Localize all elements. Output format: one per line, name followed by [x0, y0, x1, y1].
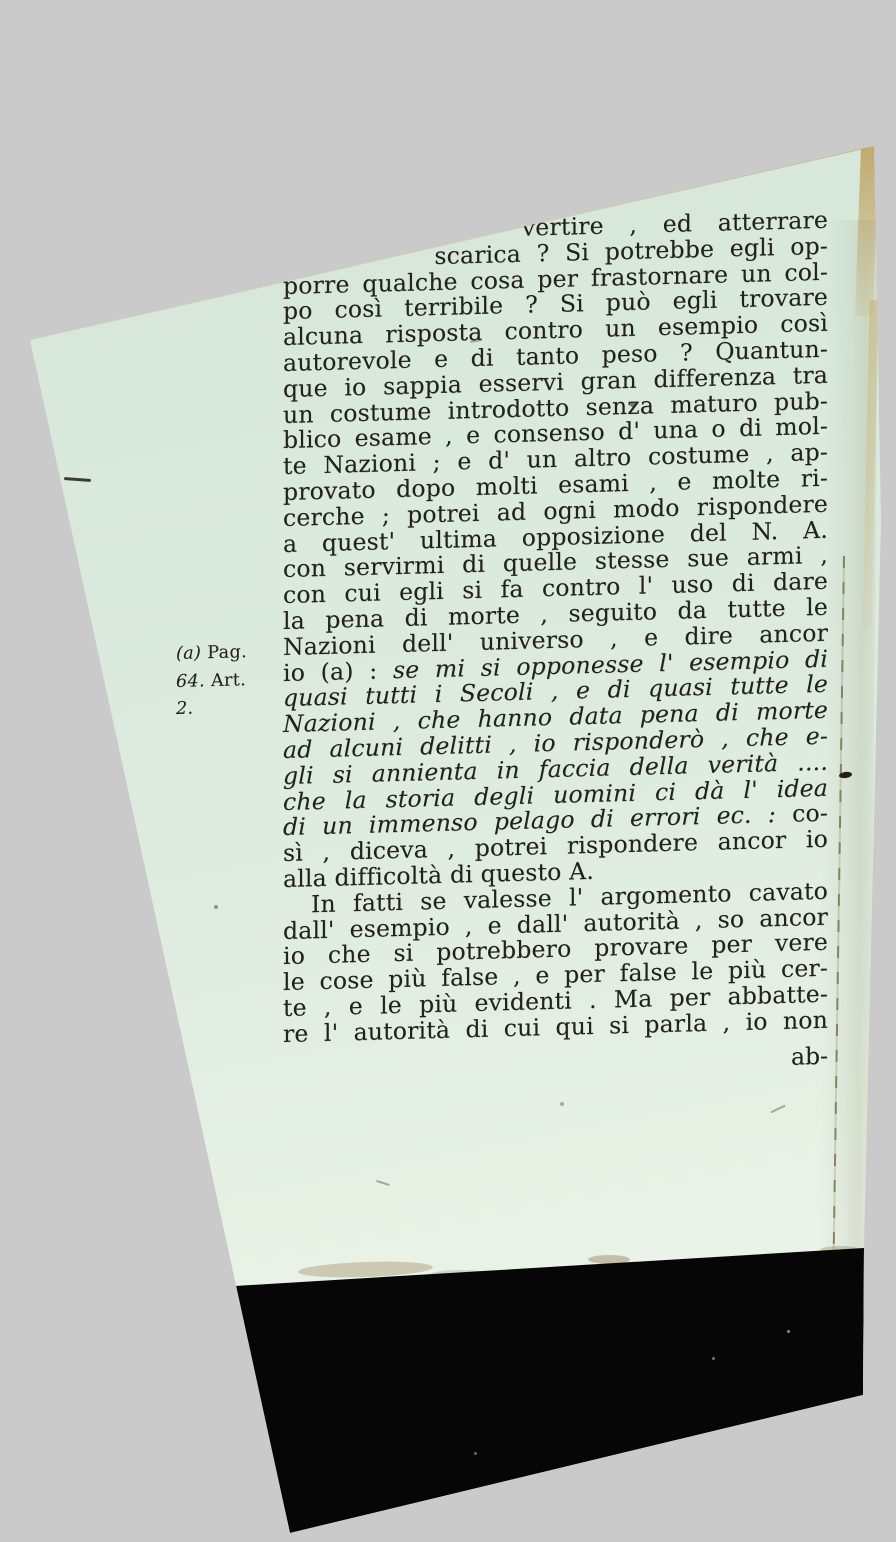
fiber-speck	[770, 1105, 785, 1114]
fiber-speck	[376, 1180, 390, 1186]
dirt-dot	[560, 1102, 564, 1106]
margin-note-line: (a) Pag.	[176, 638, 286, 668]
ink-dash-mark	[64, 477, 91, 482]
margin-note-line: 2.	[176, 693, 286, 723]
dust-dot	[787, 1330, 790, 1333]
italic-text-segment: 64.	[176, 671, 211, 692]
roman-text-segment: Art.	[211, 670, 246, 691]
page-sheet: (a) Pag.64. Art.2. vertire , ed atterrar…	[0, 0, 896, 1542]
dust-dot	[474, 1452, 477, 1455]
catchword: ab-	[283, 1042, 828, 1084]
italic-text-segment: (a)	[176, 643, 207, 664]
text-block: vertire , ed atterrarescarica ? Si potre…	[283, 208, 828, 1048]
dirt-dot	[214, 905, 218, 909]
italic-text-segment: 2.	[176, 699, 194, 719]
roman-text-segment: Pag.	[207, 642, 247, 663]
dust-dot	[712, 1357, 715, 1360]
margin-note: (a) Pag.64. Art.2.	[176, 638, 286, 723]
margin-note-line: 64. Art.	[176, 666, 286, 696]
scanned-book-photo: (a) Pag.64. Art.2. vertire , ed atterrar…	[0, 0, 896, 1542]
roman-text-segment: co-	[792, 799, 828, 828]
